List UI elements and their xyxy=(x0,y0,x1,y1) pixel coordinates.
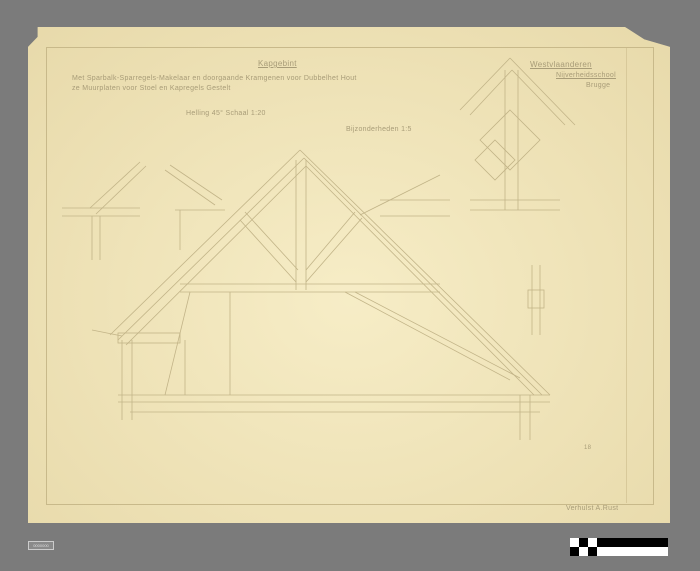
colorbar-cell xyxy=(588,547,597,556)
drawing-subtitle-line2: ze Muurplaten voor Stoel en Kapregels Ge… xyxy=(72,85,231,92)
colorbar-cell xyxy=(570,538,579,547)
detail-label: Bijzonderheden 1:5 xyxy=(346,126,412,133)
colorbar-cell xyxy=(597,547,606,556)
colorbar-cell xyxy=(579,547,588,556)
colorbar-cell xyxy=(588,538,597,547)
colorbar-cell xyxy=(579,538,588,547)
colorbar-cell xyxy=(597,538,606,547)
drawing-title: Kapgebint xyxy=(258,59,297,68)
school-line1: Westvlaanderen xyxy=(530,60,592,69)
signature: Verhulst A.Rust xyxy=(566,505,618,512)
archive-id-label: 0000000 xyxy=(28,541,54,550)
sheet-number: 18 xyxy=(584,445,591,451)
scale-label: Helling 45° Schaal 1:20 xyxy=(186,110,266,117)
school-line3: Brugge xyxy=(586,82,610,89)
calibration-color-bar xyxy=(570,538,668,556)
colorbar-cell xyxy=(606,538,668,547)
school-line2: Nijverheidsschool xyxy=(556,72,616,79)
drawing-subtitle-line1: Met Sparbalk-Sparregels-Makelaar en door… xyxy=(72,75,357,82)
colorbar-cell xyxy=(606,547,668,556)
colorbar-cell xyxy=(570,547,579,556)
